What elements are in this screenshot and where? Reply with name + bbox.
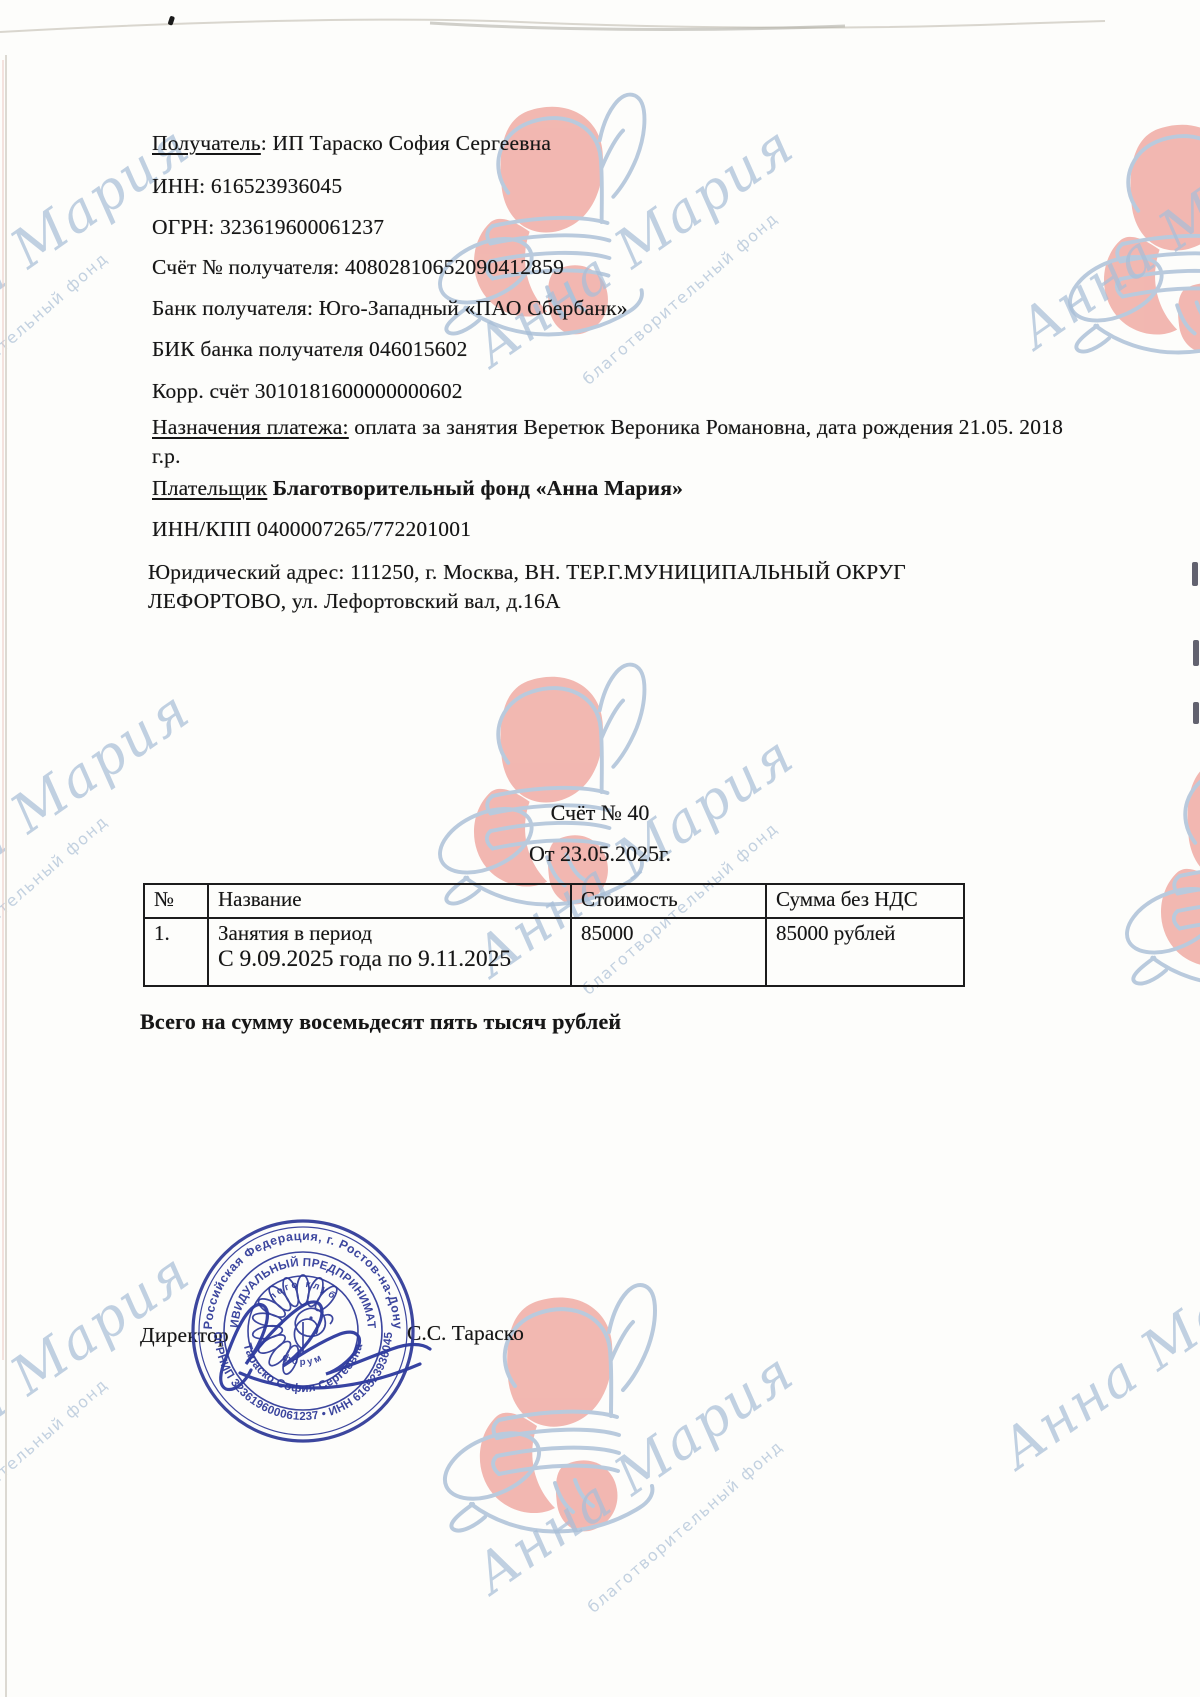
- table-header-row: № Название Стоимость Сумма без НДС: [144, 884, 964, 918]
- col-header-amount: Сумма без НДС: [766, 884, 964, 918]
- payer-inn-kpp-line: ИНН/КПП 0400007265/772201001: [152, 515, 471, 543]
- table-row: 1. Занятия в периодС 9.09.2025 года по 9…: [144, 918, 964, 986]
- scan-artifact-right-mark: [1193, 640, 1199, 666]
- scanned-invoice-page: Анна Мария благотворительный фонд Анна М…: [0, 0, 1200, 1697]
- ogrn-line: ОГРН: 323619600061237: [152, 213, 384, 241]
- total-amount-text: Всего на сумму восемьдесят пять тысяч ру…: [140, 1008, 621, 1036]
- inn-line: ИНН: 616523936045: [152, 172, 342, 200]
- scan-artifact-right-mark: [1192, 562, 1198, 586]
- scan-artifact-right-mark: [1193, 702, 1199, 724]
- col-header-number: №: [144, 884, 208, 918]
- invoice-date: От 23.05.2025г.: [0, 841, 1200, 867]
- scan-artifact-left-edge-tint: [2, 60, 4, 1360]
- payment-purpose-label: Назначения платежа:: [152, 415, 349, 439]
- cell-amount: 85000 рублей: [766, 918, 964, 986]
- stamp-inner-top-text: ИНДИВИДУАЛЬНЫЙ ПРЕДПРИНИМАТЕЛЬ: [150, 1190, 378, 1329]
- scan-artifact-top-line: [0, 0, 1200, 70]
- payer-line: Плательщик Благотворительный фонд «Анна …: [152, 474, 683, 502]
- invoice-items-table: № Название Стоимость Сумма без НДС 1. За…: [143, 883, 965, 987]
- legal-address-line1: Юридический адрес: 111250, г. Москва, ВН…: [148, 560, 906, 584]
- corr-account-line: Корр. счёт 3010181600000000602: [152, 377, 463, 405]
- scan-artifact-left-edge: [5, 55, 7, 1697]
- col-header-name: Название: [208, 884, 571, 918]
- bik-line: БИК банка получателя 046015602: [152, 335, 468, 363]
- payer-value: Благотворительный фонд «Анна Мария»: [267, 476, 683, 500]
- payment-purpose-text2: г.р.: [152, 444, 181, 468]
- cell-number: 1.: [144, 918, 208, 986]
- col-header-cost: Стоимость: [571, 884, 766, 918]
- payer-label: Плательщик: [152, 476, 267, 500]
- fund-hands-logo-watermark: [1115, 728, 1200, 1020]
- cell-name: Занятия в периодС 9.09.2025 года по 9.11…: [208, 918, 571, 986]
- cell-name-line1: Занятия в период: [218, 921, 372, 945]
- fund-name-watermark: Анна Мария: [989, 1215, 1200, 1481]
- bank-line: Банк получателя: Юго-Западный «ПАО Сберб…: [152, 294, 628, 322]
- invoice-title: Счёт № 40: [0, 800, 1200, 826]
- cell-cost: 85000: [571, 918, 766, 986]
- cell-name-line2: С 9.09.2025 года по 9.11.2025: [218, 946, 511, 972]
- legal-address-line2: ЛЕФОРТОВО, ул. Лефортовский вал, д.16А: [148, 589, 561, 613]
- payment-purpose: Назначения платежа: оплата за занятия Ве…: [152, 413, 1102, 471]
- payment-purpose-text: оплата за занятия Веретюк Вероника Роман…: [349, 415, 1063, 439]
- recipient-label: Получатель: [152, 131, 261, 155]
- legal-address: Юридический адрес: 111250, г. Москва, ВН…: [148, 558, 1098, 616]
- company-stamp: Российская Федерация, г. Ростов-на-Дону …: [150, 1190, 480, 1490]
- account-line: Счёт № получателя: 40802810652090412859: [152, 253, 564, 281]
- recipient-line: Получатель: ИП Тараско София Сергеевна: [152, 129, 551, 157]
- recipient-value: : ИП Тараско София Сергеевна: [261, 131, 551, 155]
